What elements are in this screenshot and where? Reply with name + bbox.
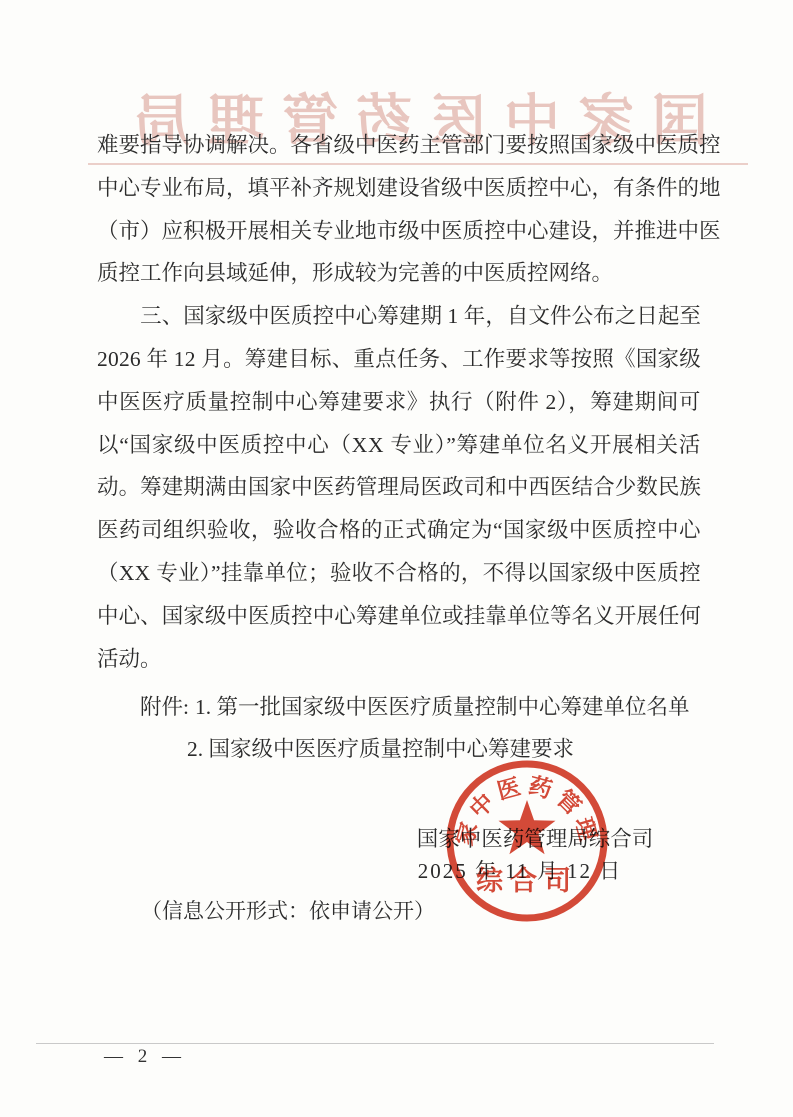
text-line: 动。筹建期满由国家中医药管理局医政司和中西医结合少数民族 bbox=[97, 466, 701, 509]
attachment-line: 附件:1. 第一批国家级中医医疗质量控制中心筹建单位名单 bbox=[140, 686, 690, 728]
attachments-label: 附件: bbox=[140, 695, 189, 719]
text-line: （市）应积极开展相关专业地市级中医质控中心建设，并推进中医 bbox=[97, 210, 701, 253]
text-line: 以“国家级中医质控中心（XX 专业）”筹建单位名义开展相关活 bbox=[97, 424, 701, 467]
page-number: — 2 — bbox=[104, 1046, 186, 1068]
text-line: 质控工作向县域延伸，形成较为完善的中医质控网络。 bbox=[97, 252, 701, 295]
document-page: 国家中医药管理局 难要指导协调解决。各省级中医药主管部门要按照国家级中医质控中心… bbox=[0, 0, 793, 1117]
seal-star-icon bbox=[499, 800, 556, 854]
text-line: 中心、国家级中医质控中心筹建单位或挂靠单位等名义开展任何 bbox=[97, 595, 701, 638]
text-line: 中心专业布局，填平补齐规划建设省级中医质控中心，有条件的地 bbox=[97, 167, 701, 210]
text-line: 2026 年 12 月。筹建目标、重点任务、工作要求等按照《国家级 bbox=[97, 338, 701, 381]
body-paragraphs: 难要指导协调解决。各省级中医药主管部门要按照国家级中医质控中心专业布局，填平补齐… bbox=[97, 124, 701, 680]
text-line: 三、国家级中医质控中心筹建期 1 年，自文件公布之日起至 bbox=[97, 295, 701, 338]
official-seal: 国家中医药管理局 综合司 bbox=[442, 756, 612, 926]
text-line: 活动。 bbox=[97, 638, 701, 681]
seal-bottom-text: 综合司 bbox=[476, 865, 578, 896]
text-line: 医药司组织验收，验收合格的正式确定为“国家级中医质控中心 bbox=[97, 509, 701, 552]
disclosure-note: （信息公开形式：依申请公开） bbox=[141, 897, 435, 925]
text-line: 中医医疗质量控制中心筹建要求》执行（附件 2），筹建期间可 bbox=[97, 381, 701, 424]
footer-line bbox=[36, 1043, 714, 1044]
attachment-item-1: 1. 第一批国家级中医医疗质量控制中心筹建单位名单 bbox=[195, 695, 690, 719]
text-line: 难要指导协调解决。各省级中医药主管部门要按照国家级中医质控 bbox=[97, 124, 701, 167]
text-line: （XX 专业）”挂靠单位；验收不合格的，不得以国家级中医质控 bbox=[97, 552, 701, 595]
